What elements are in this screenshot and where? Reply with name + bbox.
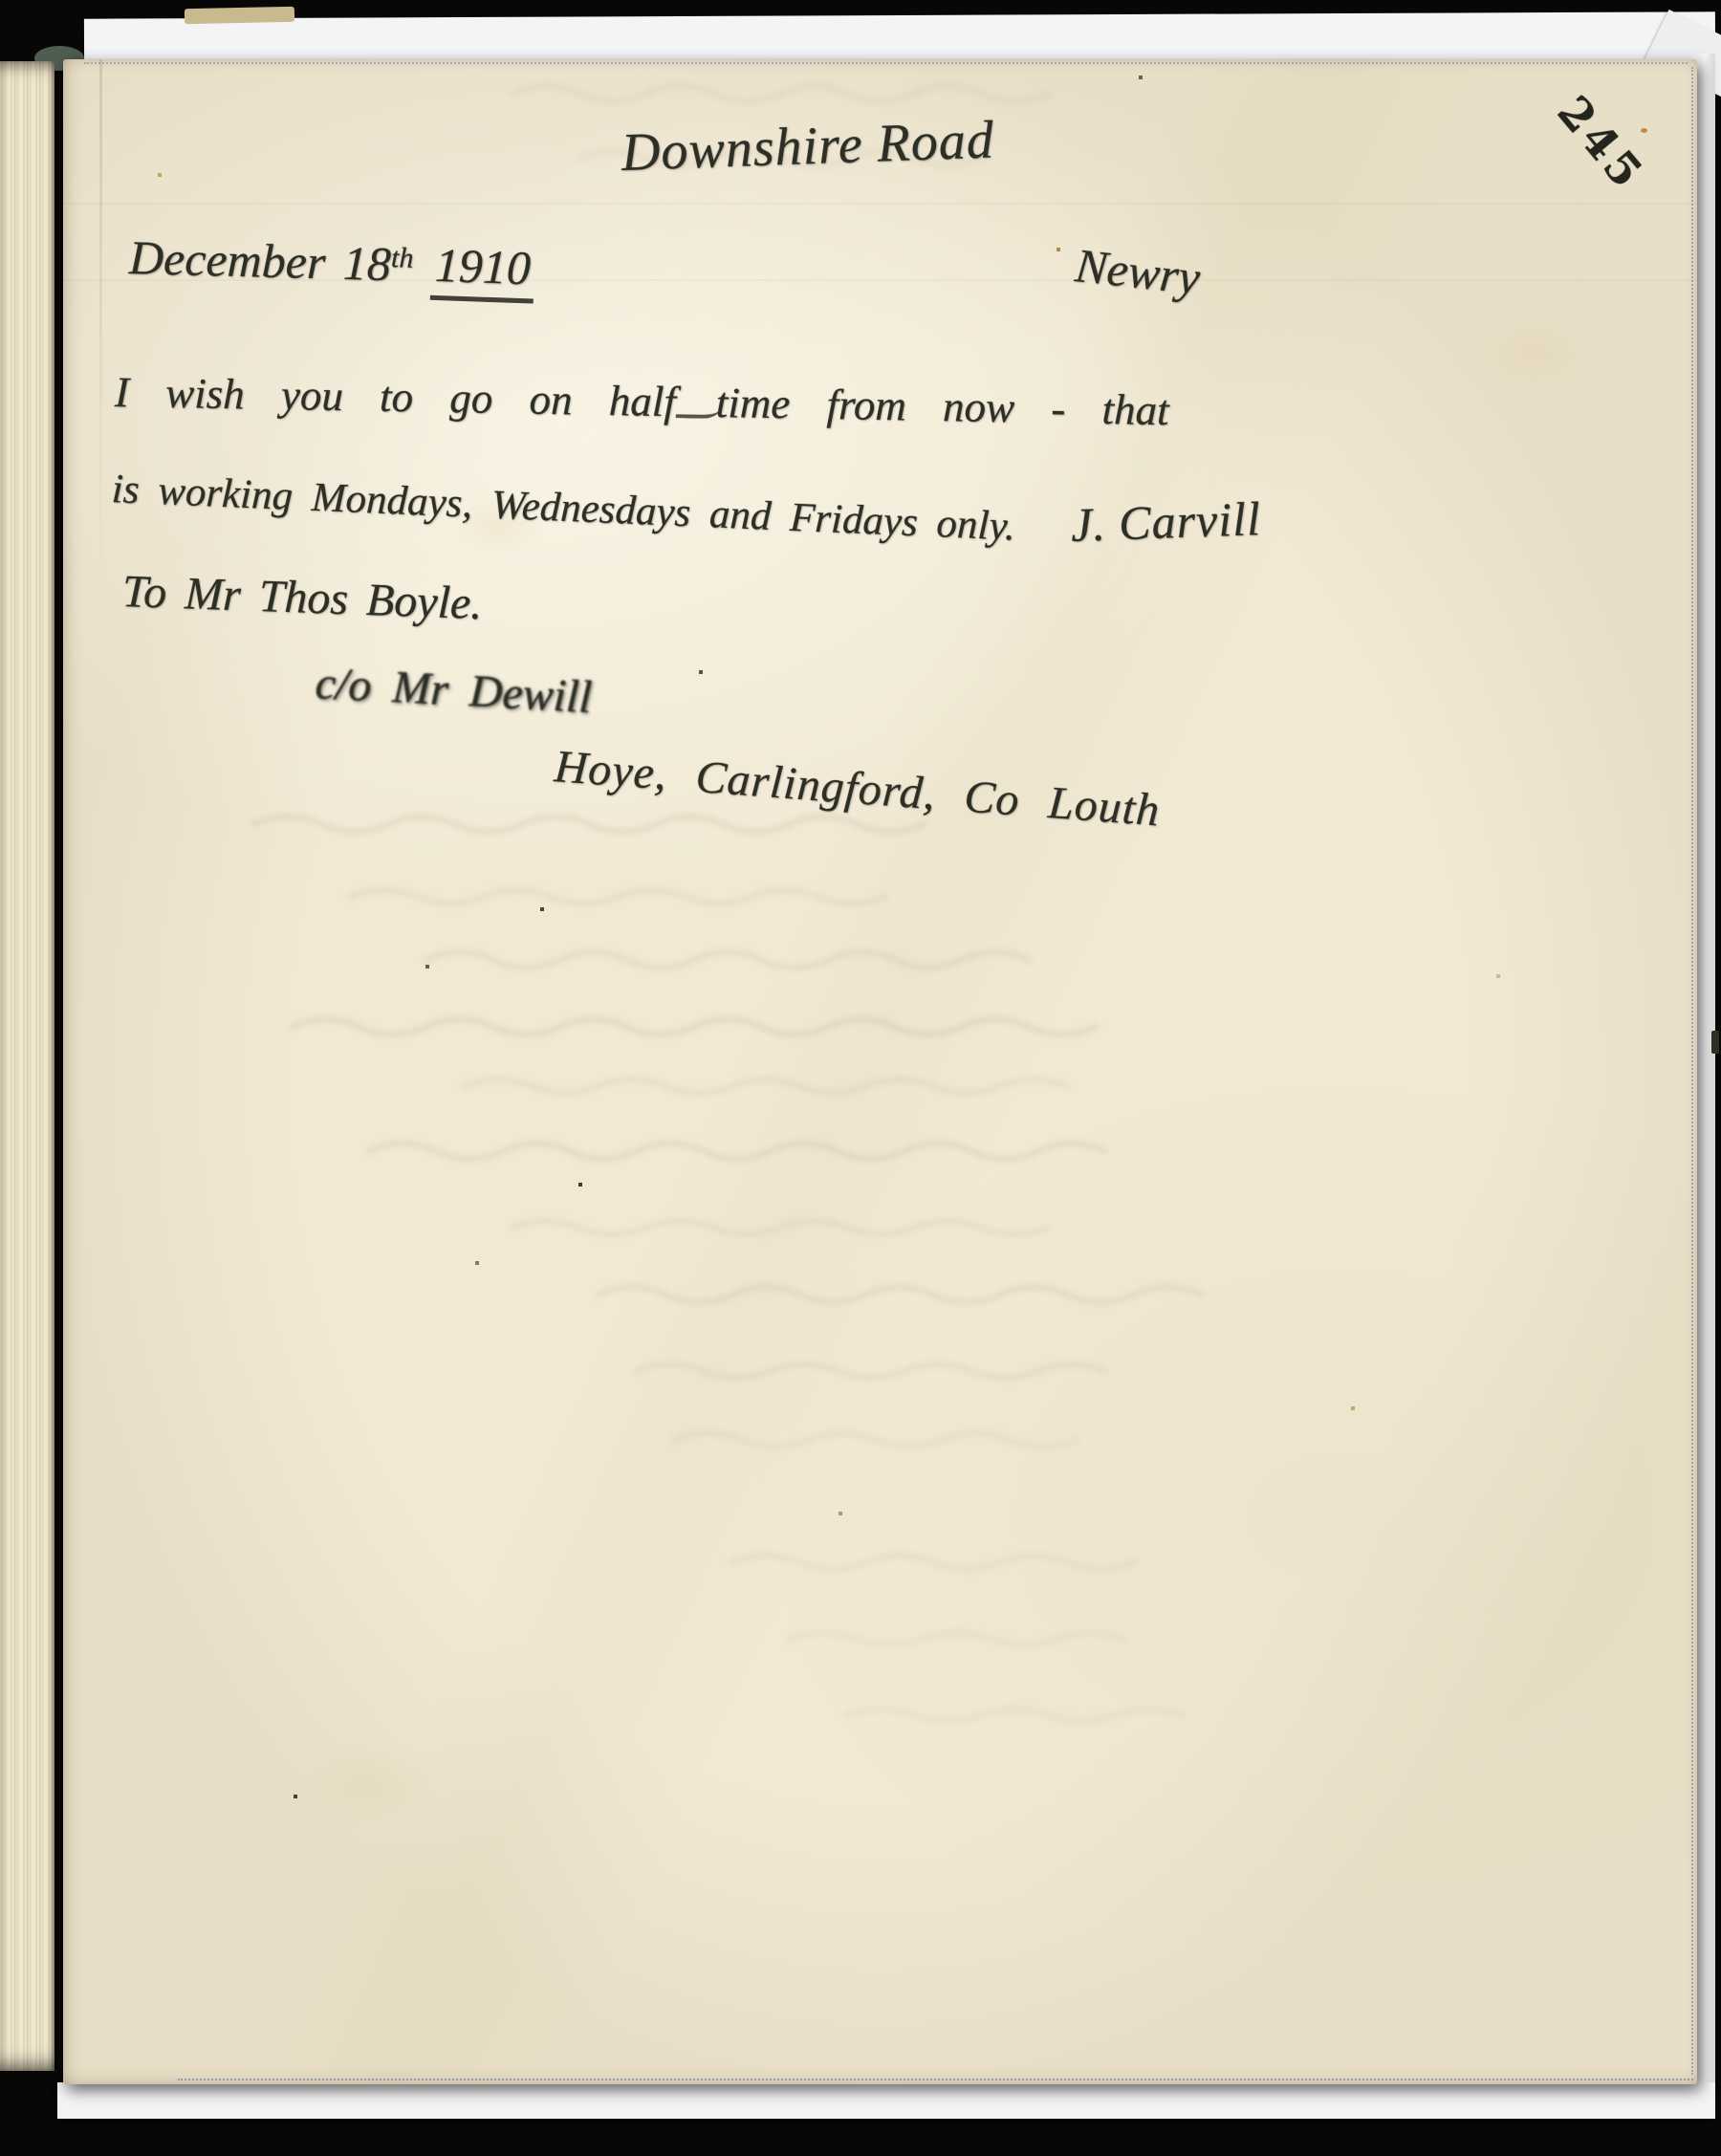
book-scan: { "page": { "number": "245" }, "letter":… bbox=[0, 0, 1721, 2156]
date-ordinal: th bbox=[391, 242, 414, 274]
right-edge-mark bbox=[1711, 1031, 1719, 1054]
signature: J. Carvill bbox=[1070, 490, 1262, 553]
under-sheet-bottom-edge bbox=[57, 2082, 1715, 2119]
bleed-through-ghost-writing bbox=[63, 59, 1697, 2084]
body-line-1b: time from now - that bbox=[715, 379, 1169, 434]
pen-connector-stroke bbox=[676, 399, 720, 419]
book-left-page-edges bbox=[0, 61, 54, 2071]
heading-road: Downshire Road bbox=[621, 109, 995, 184]
date-line: December 18th 1910 bbox=[128, 229, 534, 303]
date-day: December 18 bbox=[128, 230, 391, 291]
stacked-page-sliver bbox=[185, 7, 294, 24]
letter-page: 245 Downshire Road Newry December 18th 1… bbox=[63, 59, 1697, 2084]
date-year-underlined: 1910 bbox=[430, 237, 535, 304]
body-line-1a: I wish you to go on half bbox=[115, 368, 677, 425]
